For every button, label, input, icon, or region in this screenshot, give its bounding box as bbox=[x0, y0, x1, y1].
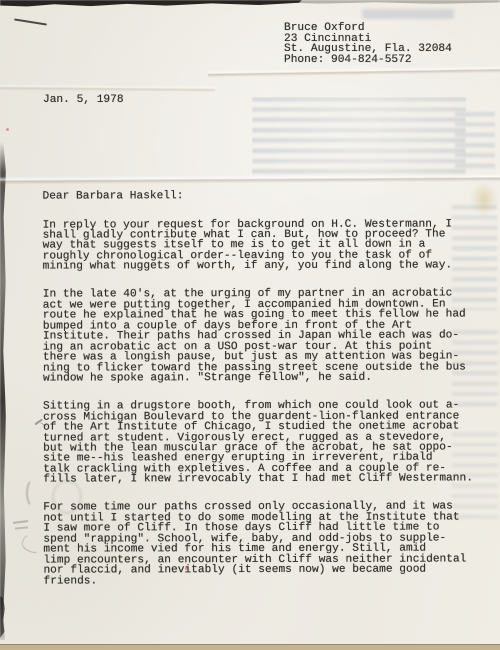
pencil-equals-mark-2 bbox=[15, 526, 28, 529]
body-paragraph-2: In the late 40's, at the urging of my pa… bbox=[43, 289, 479, 384]
pencil-paren-mark bbox=[26, 478, 42, 508]
pencil-check-mark bbox=[34, 419, 42, 425]
body-paragraph-1: In reply to your request for background … bbox=[43, 219, 479, 272]
bleedthrough-ghost-name bbox=[362, 9, 454, 19]
scanner-top-edge-smudge bbox=[290, 0, 500, 4]
pencil-squiggle-mark bbox=[20, 533, 45, 556]
pencil-dash-mark bbox=[14, 18, 47, 26]
scanned-letter-page: { "document_type": "scanned typewritten … bbox=[0, 0, 500, 650]
pencil-equals-mark-1 bbox=[13, 520, 28, 524]
bleedthrough-ghost-text-block bbox=[252, 97, 466, 177]
salutation: Dear Barbara Haskell: bbox=[42, 191, 478, 203]
letter-paper: Bruce Oxford 23 Cincinnati St. Augustine… bbox=[0, 0, 500, 644]
letter-body: Dear Barbara Haskell: In reply to your r… bbox=[42, 180, 479, 604]
scanner-corner-smudge bbox=[0, 596, 5, 638]
scanner-top-edge-shadow bbox=[0, 0, 302, 7]
fold-crease-top-left bbox=[0, 84, 215, 92]
red-speck-2 bbox=[6, 128, 9, 131]
scanner-left-edge-shadow bbox=[0, 142, 6, 640]
body-paragraph-4: For some time our paths crossed only occ… bbox=[43, 502, 479, 587]
fold-crease-top bbox=[208, 66, 500, 78]
body-paragraph-3: Sitting in a drugstore booth, from which… bbox=[43, 401, 479, 486]
bleedthrough-ghost-margin-1 bbox=[455, 112, 495, 168]
date-line: Jan. 5, 1978 bbox=[43, 95, 124, 105]
sender-address-block: Bruce Oxford 23 Cincinnati St. Augustine… bbox=[284, 23, 452, 66]
